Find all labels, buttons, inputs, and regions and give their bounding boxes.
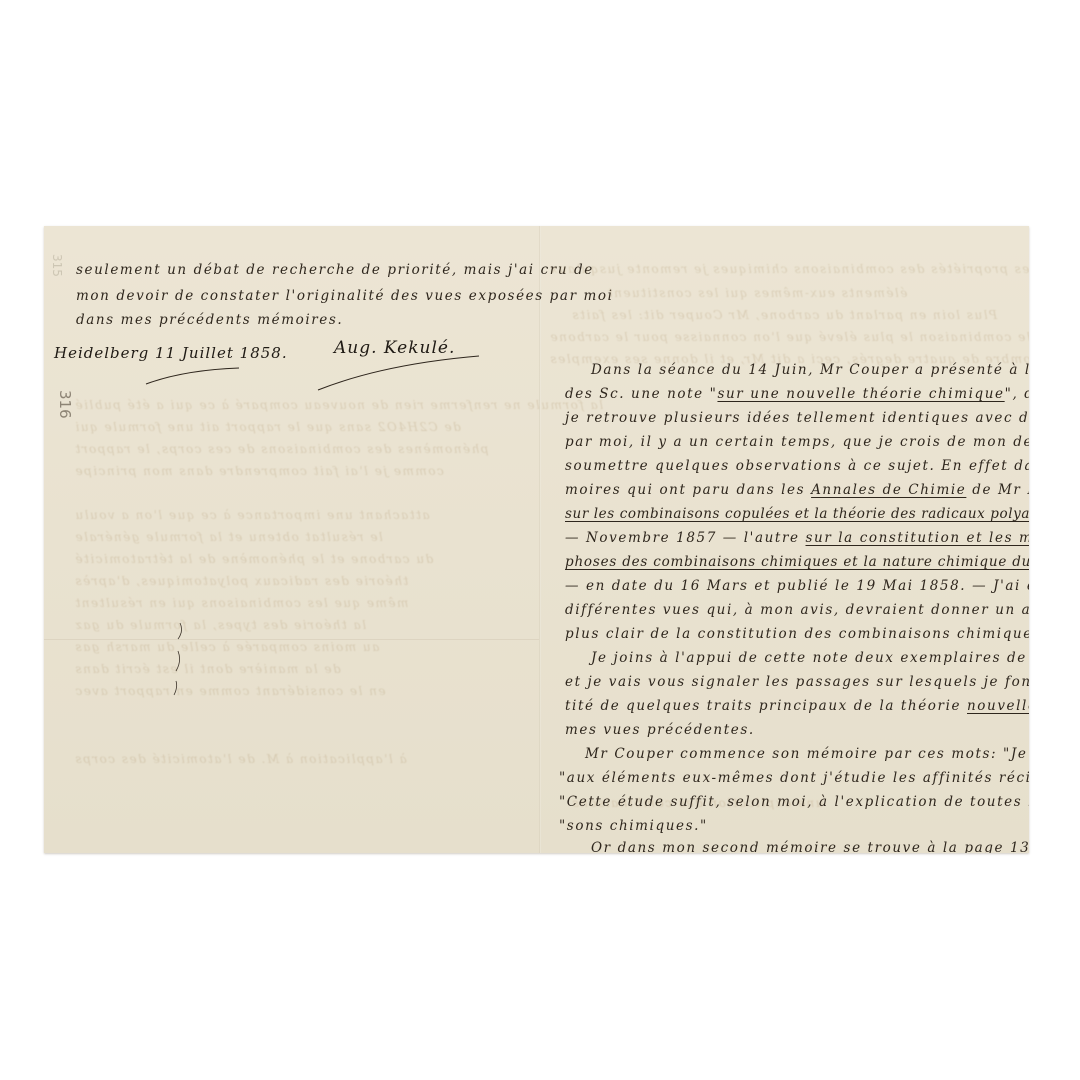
bleed-line: en le considérant comme en rapport avec bbox=[74, 684, 385, 698]
letter-line: par moi, il y a un certain temps, que je… bbox=[565, 434, 1029, 450]
letter-line: sur les combinaisons copulées et la théo… bbox=[565, 506, 1029, 522]
letter-line: plus clair de la constitution des combin… bbox=[565, 626, 1029, 642]
letter-line-text: — Novembre 1857 — l'autre bbox=[565, 530, 806, 546]
letter-line-text: ", dans laquelle bbox=[1005, 386, 1029, 402]
bleed-line: des propriétés des combinaisons chimique… bbox=[549, 262, 1029, 276]
bleed-line: même que les combinaisons qui en résulte… bbox=[74, 596, 408, 610]
bleed-line: de la manière dont il est écrit dans bbox=[74, 662, 341, 676]
underlined-phrase: Annales de Chimie bbox=[811, 482, 966, 498]
letter-line: "sons chimiques." bbox=[559, 818, 708, 834]
letter-line-text: tité de quelques traits principaux de la… bbox=[565, 698, 967, 714]
bleed-line: de C2H4O2 sans que le rapport ait une fo… bbox=[74, 420, 461, 434]
bleed-line: du carbone et le phénomène de la tétrato… bbox=[74, 552, 433, 566]
right-page: des propriétés des combinaisons chimique… bbox=[541, 226, 1029, 853]
margin-annotation: 316 bbox=[56, 390, 74, 419]
letter-line: "Cette étude suffit, selon moi, à l'expl… bbox=[559, 794, 1029, 810]
letter-line: Dans la séance du 14 Juin, Mr Couper a p… bbox=[591, 362, 1029, 378]
letter-line: Mr Couper commence son mémoire par ces m… bbox=[585, 746, 1029, 762]
letter-line: "aux éléments eux-mêmes dont j'étudie le… bbox=[559, 770, 1029, 786]
letter-line: seulement un débat de recherche de prior… bbox=[76, 262, 594, 278]
letter-line: phoses des combinaisons chimiques et la … bbox=[565, 554, 1029, 570]
letter-line: mon devoir de constater l'originalité de… bbox=[76, 288, 614, 304]
letter-line: Or dans mon second mémoire se trouve à l… bbox=[591, 840, 1029, 853]
bleed-line: attachant une importance à ce que l'on a… bbox=[74, 508, 430, 522]
letter-line-text: de Mr Liebig, l'une bbox=[966, 482, 1029, 498]
bleed-line: le résultat obtenu et la formule général… bbox=[74, 530, 383, 544]
bleed-line: Plus loin en parlant du carbone, Mr Coup… bbox=[571, 308, 997, 322]
bleed-line: éléments eux-mêmes qui les constituent. bbox=[601, 286, 907, 300]
bleed-line: au moins comparée à celle du marsh gas bbox=[74, 640, 379, 654]
bleed-line: la formule ne renferme rien de nouveau c… bbox=[74, 398, 603, 412]
bleed-line: phénomènes des combinaisons de ces corps… bbox=[74, 442, 489, 456]
margin-annotation-top: 315 bbox=[50, 254, 64, 277]
letter-line: je retrouve plusieurs idées tellement id… bbox=[565, 410, 1029, 426]
ink-mark bbox=[170, 621, 190, 701]
letter-sheet: la formule ne renferme rien de nouveau c… bbox=[44, 226, 1029, 853]
letter-line: tité de quelques traits principaux de la… bbox=[565, 698, 1029, 714]
date-flourish bbox=[144, 364, 244, 386]
letter-line: soumettre quelques observations à ce suj… bbox=[565, 458, 1029, 474]
letter-line: et je vais vous signaler les passages su… bbox=[565, 674, 1029, 690]
letter-line-text: moires qui ont paru dans les bbox=[565, 482, 811, 498]
underlined-phrase: sur une nouvelle théorie chimique bbox=[717, 386, 1004, 402]
bleed-line: comme je l'ai fait comprendre dans mon p… bbox=[74, 464, 444, 478]
letter-line: Je joins à l'appui de cette note deux ex… bbox=[591, 650, 1029, 666]
letter-line: mes vues précédentes. bbox=[565, 722, 755, 738]
letter-line: dans mes précédents mémoires. bbox=[76, 312, 343, 328]
underlined-phrase: nouvelle bbox=[967, 698, 1029, 714]
letter-line: — en date du 16 Mars et publié le 19 Mai… bbox=[565, 578, 1029, 594]
letter-line: différentes vues qui, à mon avis, devrai… bbox=[565, 602, 1029, 618]
letter-line: — Novembre 1857 — l'autre sur la constit… bbox=[565, 530, 1029, 546]
bleed-line: de combinaison le plus élevé que l'on co… bbox=[549, 330, 1029, 344]
bleed-line: la théorie des types, la formule du gaz bbox=[74, 618, 366, 632]
letter-line: des Sc. une note "sur une nouvelle théor… bbox=[565, 386, 1029, 402]
underlined-phrase: sur la constitution et les métamor- bbox=[806, 530, 1030, 546]
bleed-line: à l'application à M. de l'atomicité des … bbox=[74, 752, 407, 766]
letter-line-text: des Sc. une note " bbox=[565, 386, 717, 402]
left-page: la formule ne renferme rien de nouveau c… bbox=[44, 226, 539, 853]
place-date: Heidelberg 11 Juillet 1858. bbox=[54, 344, 288, 362]
signature-flourish bbox=[314, 354, 484, 394]
bleed-line: théorie des radicaux polyatomiques, d'ap… bbox=[74, 574, 408, 588]
letter-line: moires qui ont paru dans les Annales de … bbox=[565, 482, 1029, 498]
photo-stage: la formule ne renferme rien de nouveau c… bbox=[0, 0, 1080, 1080]
